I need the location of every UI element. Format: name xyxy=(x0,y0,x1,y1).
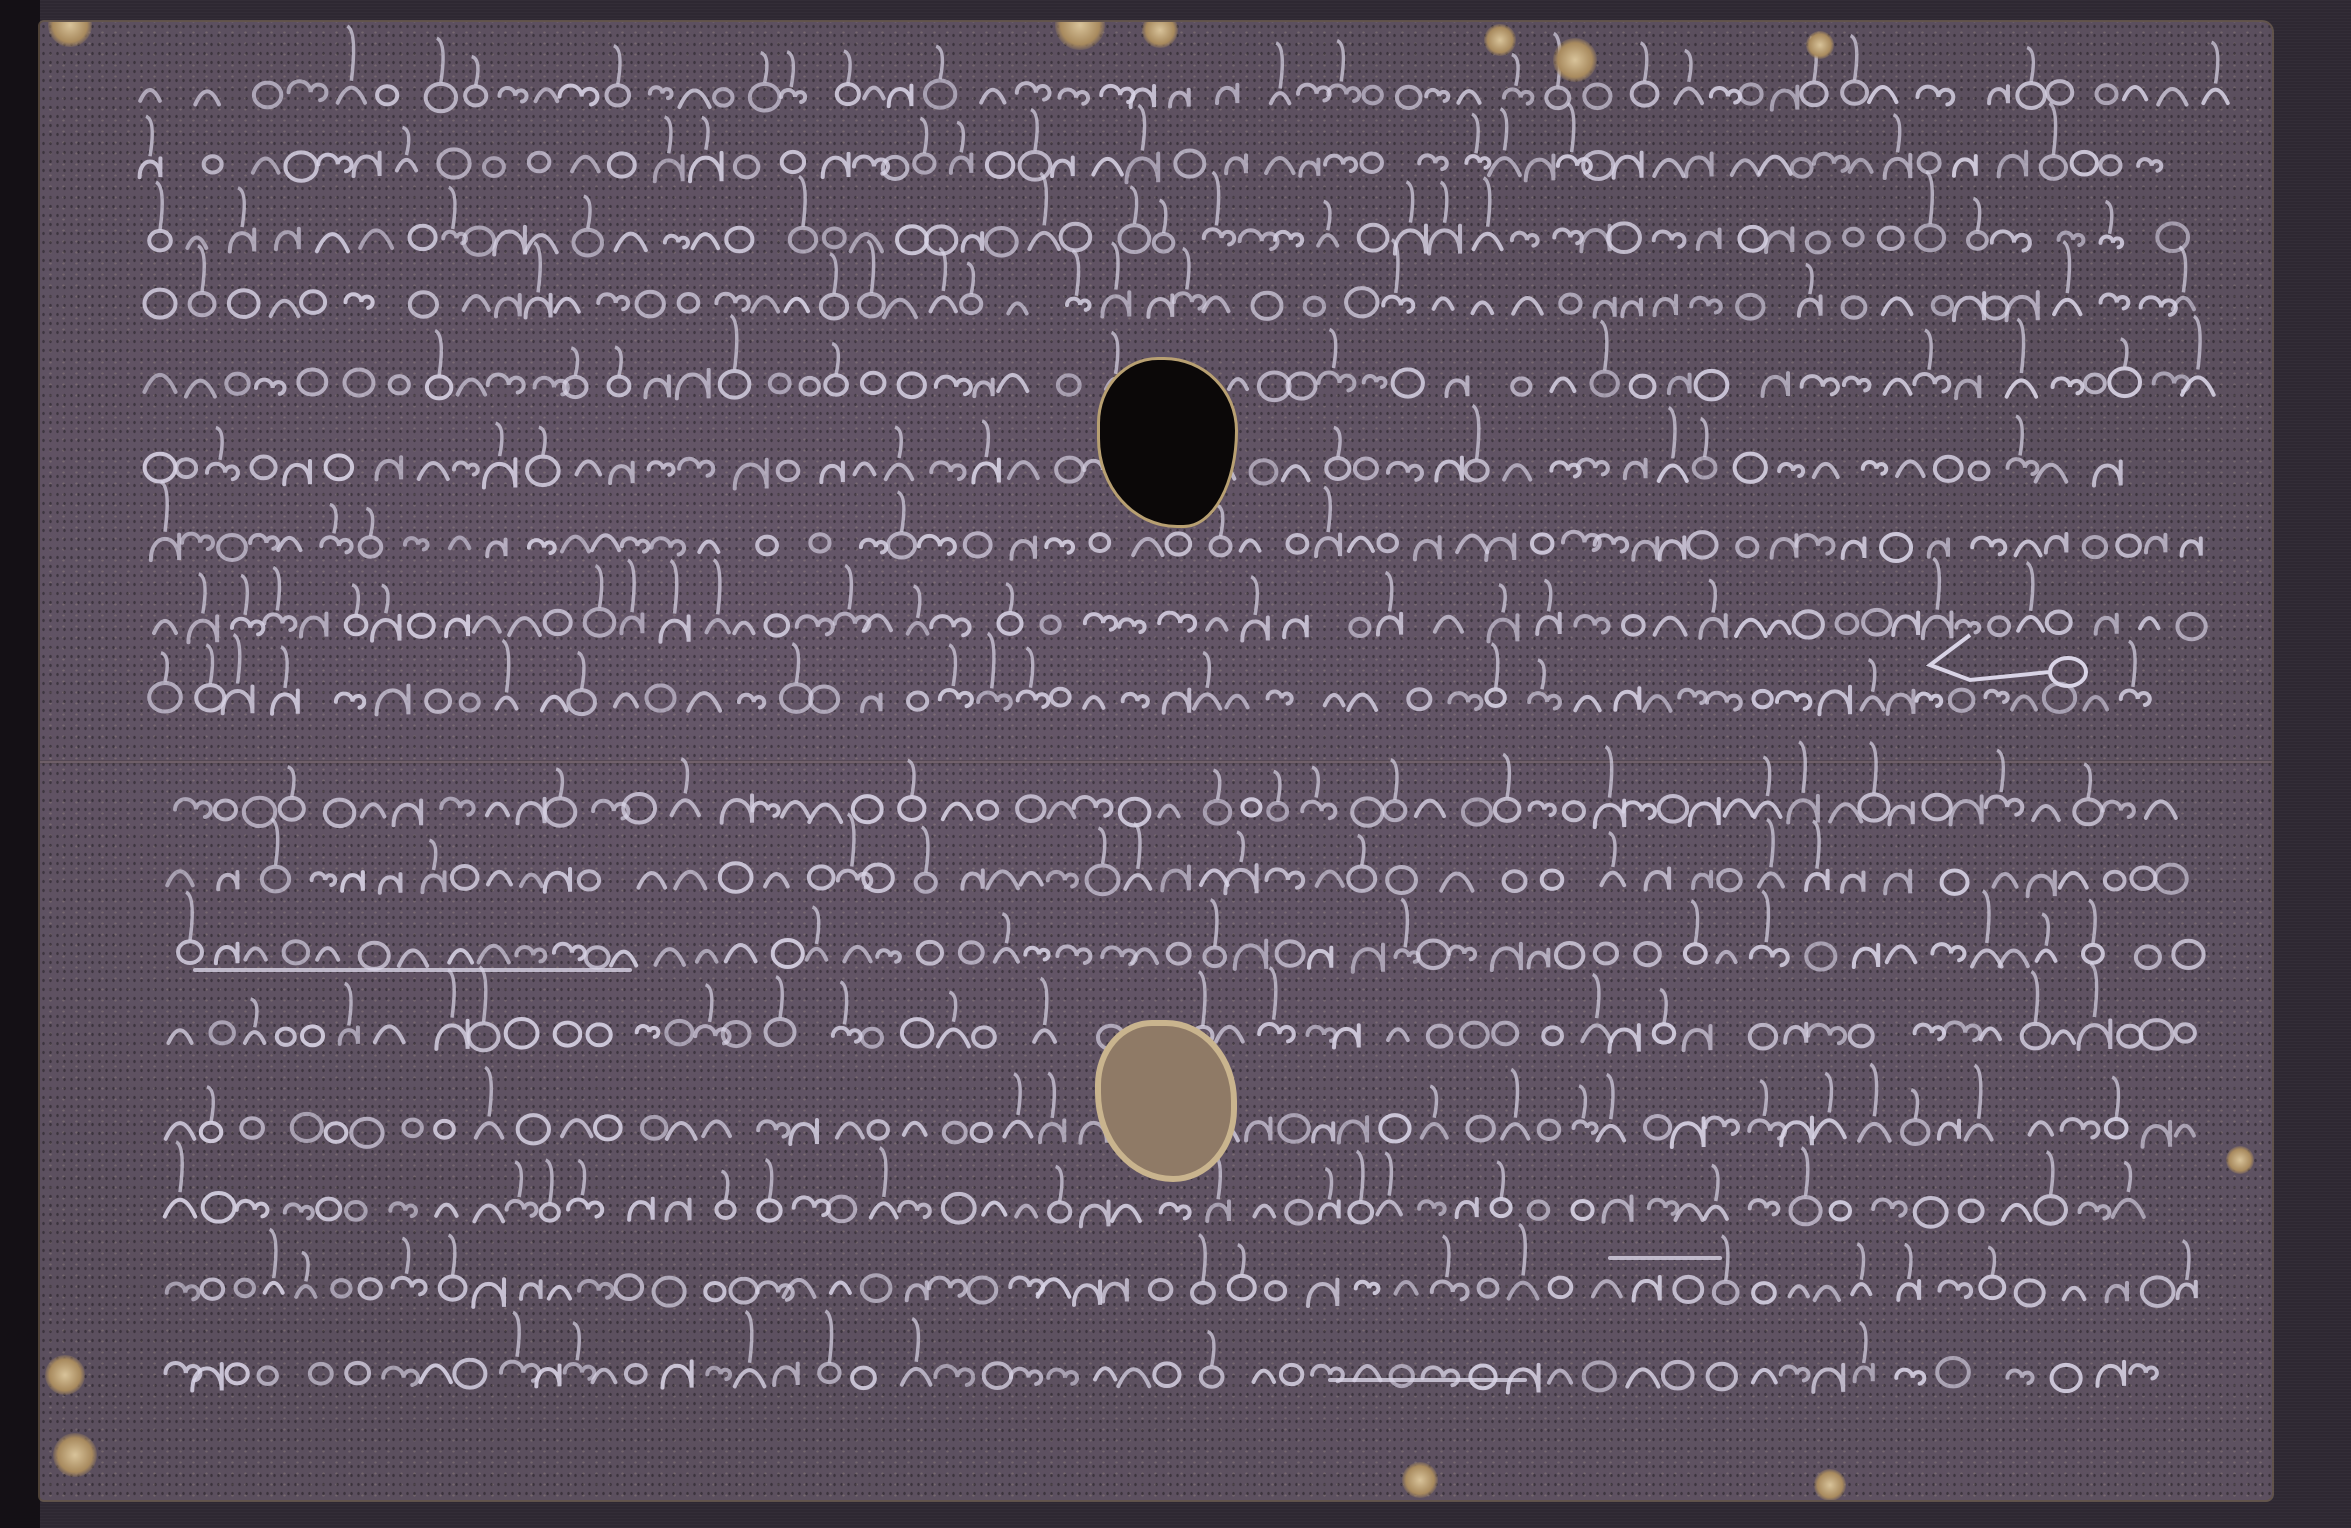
script-glyph xyxy=(1441,873,1472,890)
script-glyph xyxy=(496,295,520,316)
script-glyph xyxy=(1842,872,1863,891)
script-glyph xyxy=(1694,458,1716,478)
script-glyph xyxy=(666,1200,689,1221)
script-glyph xyxy=(1112,1206,1140,1221)
script-glyph xyxy=(450,537,470,548)
script-glyph xyxy=(555,299,579,312)
script-glyph xyxy=(338,88,365,103)
script-ascender xyxy=(1870,743,1876,793)
script-ascender xyxy=(1933,559,1939,610)
script-glyph xyxy=(1693,872,1711,888)
script-ascender xyxy=(1685,51,1691,82)
script-glyph xyxy=(2136,946,2160,968)
script-glyph xyxy=(218,872,237,889)
script-glyph xyxy=(987,871,1018,888)
script-glyph xyxy=(679,459,713,476)
script-glyph xyxy=(2146,801,2176,818)
script-glyph xyxy=(1512,378,1530,394)
script-ascender xyxy=(161,653,167,682)
script-glyph xyxy=(877,950,900,961)
script-glyph xyxy=(1391,1366,1413,1386)
script-ascender xyxy=(1492,644,1498,689)
script-glyph xyxy=(823,154,849,177)
script-glyph xyxy=(2007,1370,2032,1383)
script-glyph xyxy=(800,378,818,395)
script-ascender xyxy=(1213,770,1219,799)
script-glyph xyxy=(2100,156,2120,174)
script-glyph xyxy=(542,697,567,711)
script-glyph xyxy=(585,609,615,636)
script-glyph xyxy=(201,1123,221,1141)
script-glyph xyxy=(972,1124,991,1141)
script-glyph xyxy=(1551,378,1574,391)
script-glyph xyxy=(610,463,633,483)
script-glyph xyxy=(1718,870,1741,890)
script-ascender xyxy=(914,586,920,618)
script-ascender xyxy=(1217,505,1223,536)
script-glyph xyxy=(1753,1370,1776,1383)
script-glyph xyxy=(317,948,338,960)
script-glyph xyxy=(884,300,916,318)
script-glyph xyxy=(1479,1280,1498,1297)
script-glyph xyxy=(1449,946,1475,959)
script-ascender xyxy=(2183,1241,2189,1280)
script-glyph xyxy=(1897,461,1924,476)
script-glyph xyxy=(1737,295,1763,319)
script-glyph xyxy=(1654,296,1676,315)
script-glyph xyxy=(2146,535,2165,552)
script-ascender xyxy=(1497,1162,1503,1198)
script-glyph xyxy=(317,234,348,251)
edge-stain xyxy=(45,1355,85,1395)
script-glyph xyxy=(1696,371,1728,400)
script-glyph xyxy=(1020,152,1051,180)
script-ascender xyxy=(746,1312,752,1363)
script-glyph xyxy=(1685,944,1706,963)
script-glyph xyxy=(1763,373,1788,396)
script-glyph xyxy=(1326,458,1349,479)
script-glyph xyxy=(705,1283,724,1300)
script-glyph xyxy=(1707,693,1741,710)
script-glyph xyxy=(1051,689,1070,706)
script-glyph xyxy=(2059,233,2084,245)
script-glyph xyxy=(2097,1362,2124,1386)
script-glyph xyxy=(1674,1277,1702,1302)
script-glyph xyxy=(824,229,845,248)
script-glyph xyxy=(1766,228,1792,252)
script-glyph xyxy=(2037,950,2056,960)
script-glyph xyxy=(2085,375,2105,393)
script-glyph xyxy=(1170,90,1189,107)
script-glyph xyxy=(376,457,401,479)
script-ascender xyxy=(1893,115,1899,153)
script-glyph xyxy=(1388,463,1422,480)
script-ascender xyxy=(1274,771,1280,801)
script-ascender xyxy=(496,423,502,456)
script-glyph xyxy=(2053,378,2083,393)
script-ascender xyxy=(2194,316,2200,369)
script-glyph xyxy=(1319,373,1355,391)
script-glyph xyxy=(1740,84,1761,103)
script-glyph xyxy=(1210,537,1230,555)
script-glyph xyxy=(1529,950,1549,968)
script-glyph xyxy=(2084,697,2107,709)
script-glyph xyxy=(1749,1120,1785,1138)
script-glyph xyxy=(1790,1286,1808,1296)
script-glyph xyxy=(1271,93,1289,103)
script-glyph xyxy=(301,614,326,637)
script-glyph xyxy=(276,229,299,250)
script-glyph xyxy=(831,1282,850,1292)
script-glyph xyxy=(935,1366,973,1385)
script-glyph xyxy=(1550,1278,1572,1297)
script-glyph xyxy=(660,616,688,641)
script-glyph xyxy=(753,803,779,816)
script-glyph xyxy=(227,1364,248,1383)
script-glyph xyxy=(1966,1125,1992,1139)
script-glyph xyxy=(1542,870,1562,888)
script-ascender xyxy=(573,1323,579,1361)
script-glyph xyxy=(167,871,192,885)
script-ascender xyxy=(1722,1236,1728,1281)
script-glyph xyxy=(1989,86,2008,103)
script-glyph xyxy=(790,1120,817,1144)
script-glyph xyxy=(1985,691,2007,702)
script-ascender xyxy=(2042,914,2048,946)
script-glyph xyxy=(464,296,489,310)
script-glyph xyxy=(1473,302,1493,313)
script-ascender xyxy=(1357,1151,1363,1201)
script-glyph xyxy=(1529,802,1554,815)
script-glyph xyxy=(372,616,399,641)
script-ascender xyxy=(302,1252,308,1281)
script-ascender xyxy=(1358,836,1364,866)
script-glyph xyxy=(1416,801,1444,816)
script-glyph xyxy=(2124,87,2146,99)
script-glyph xyxy=(1843,538,1865,558)
script-glyph xyxy=(1919,153,1940,172)
script-glyph xyxy=(2131,868,2155,890)
script-glyph xyxy=(1207,1201,1229,1221)
script-glyph xyxy=(405,538,428,549)
script-glyph xyxy=(2107,1283,2127,1301)
script-ascender xyxy=(1048,1073,1054,1118)
script-glyph xyxy=(778,462,799,481)
script-glyph xyxy=(1120,799,1150,826)
script-glyph xyxy=(1863,610,1890,635)
script-glyph xyxy=(1581,226,1609,251)
script-glyph xyxy=(1419,1201,1445,1214)
script-glyph xyxy=(1632,82,1658,105)
script-ascender xyxy=(347,26,353,81)
script-glyph xyxy=(1378,535,1396,552)
script-glyph xyxy=(1085,614,1116,630)
script-glyph xyxy=(529,153,550,172)
script-glyph xyxy=(1229,1276,1255,1299)
script-glyph xyxy=(692,234,718,248)
script-glyph xyxy=(1790,1197,1820,1224)
script-glyph xyxy=(1960,1200,1983,1221)
script-glyph xyxy=(960,942,983,963)
script-ascender xyxy=(2212,42,2218,83)
script-ascender xyxy=(1112,243,1118,290)
script-glyph xyxy=(2097,85,2117,103)
script-glyph xyxy=(1609,1025,1638,1051)
script-ascender xyxy=(1002,914,1008,943)
script-glyph xyxy=(440,1276,466,1299)
script-glyph xyxy=(562,1120,591,1136)
script-glyph xyxy=(809,804,841,822)
script-glyph xyxy=(1902,1120,1928,1144)
script-glyph xyxy=(1917,87,1953,105)
script-glyph xyxy=(1162,866,1189,890)
script-ascender xyxy=(1237,832,1243,862)
script-glyph xyxy=(765,615,788,635)
script-ascender xyxy=(270,1229,276,1278)
script-glyph xyxy=(1201,870,1228,885)
script-glyph xyxy=(1387,867,1416,893)
script-glyph xyxy=(765,874,788,886)
script-glyph xyxy=(2142,1277,2174,1306)
script-ascender xyxy=(1762,891,1768,942)
script-glyph xyxy=(773,940,803,967)
script-glyph xyxy=(1277,941,1304,965)
script-ascender xyxy=(681,759,687,794)
script-glyph xyxy=(592,535,619,550)
script-ascender xyxy=(534,243,540,293)
script-glyph xyxy=(1432,1282,1468,1300)
script-glyph xyxy=(1631,376,1655,397)
script-glyph xyxy=(302,1026,323,1045)
script-glyph xyxy=(1229,379,1247,389)
script-glyph xyxy=(383,1368,418,1385)
script-ascender xyxy=(1767,820,1773,868)
script-glyph xyxy=(1168,944,1190,964)
script-glyph xyxy=(637,292,664,317)
script-glyph xyxy=(637,1026,659,1037)
script-ascender xyxy=(1312,767,1318,797)
script-glyph xyxy=(1591,372,1617,396)
script-glyph xyxy=(962,870,982,888)
script-glyph xyxy=(2155,865,2186,893)
script-ascender xyxy=(146,116,152,156)
script-glyph xyxy=(853,796,882,822)
script-glyph xyxy=(277,1029,295,1045)
script-glyph xyxy=(987,153,1013,177)
script-glyph xyxy=(1466,156,1489,168)
script-glyph xyxy=(1999,152,2026,177)
script-glyph xyxy=(758,1121,788,1136)
script-glyph xyxy=(1923,795,1950,820)
script-glyph xyxy=(797,616,833,634)
script-ascender xyxy=(241,575,247,614)
script-glyph xyxy=(1759,873,1783,886)
script-ascender xyxy=(2124,1162,2130,1192)
script-glyph xyxy=(1644,696,1670,711)
script-glyph xyxy=(833,1028,861,1042)
script-glyph xyxy=(907,1282,927,1300)
script-glyph xyxy=(2141,1020,2173,1049)
script-ascender xyxy=(671,561,677,614)
script-ascender xyxy=(844,51,850,83)
script-ascender xyxy=(1014,1074,1020,1115)
script-glyph xyxy=(2016,542,2041,556)
script-glyph xyxy=(1298,85,1330,101)
script-glyph xyxy=(931,616,969,635)
script-ascender xyxy=(595,566,601,608)
script-glyph xyxy=(2140,618,2158,628)
script-glyph xyxy=(1388,1029,1408,1040)
script-glyph xyxy=(1753,1283,1775,1302)
script-glyph xyxy=(864,88,884,99)
script-glyph xyxy=(1725,800,1753,815)
script-ascender xyxy=(161,482,167,532)
script-glyph xyxy=(1504,871,1526,891)
script-glyph xyxy=(1881,534,1911,561)
script-glyph xyxy=(790,228,816,252)
script-glyph xyxy=(770,374,790,392)
script-glyph xyxy=(1251,460,1277,483)
script-glyph xyxy=(1560,294,1580,312)
script-glyph xyxy=(265,1283,283,1293)
script-glyph xyxy=(1885,155,1911,178)
script-glyph xyxy=(545,611,571,634)
script-ascender xyxy=(908,760,914,796)
script-glyph xyxy=(2047,611,2071,633)
script-glyph xyxy=(410,292,437,316)
script-glyph xyxy=(2064,1288,2085,1299)
script-glyph xyxy=(245,1032,264,1043)
script-glyph xyxy=(750,84,780,111)
script-glyph xyxy=(452,866,478,889)
script-glyph xyxy=(1929,539,1948,556)
script-glyph xyxy=(1383,297,1413,312)
script-glyph xyxy=(182,534,213,549)
script-glyph xyxy=(1735,454,1766,482)
script-ascender xyxy=(1006,584,1012,612)
script-ascender xyxy=(1973,199,1979,231)
script-glyph xyxy=(1259,372,1290,400)
script-glyph xyxy=(908,623,928,634)
script-glyph xyxy=(1167,533,1191,554)
script-ascender xyxy=(1870,1064,1876,1116)
script-ascender xyxy=(1270,968,1276,1020)
script-glyph xyxy=(541,1204,559,1220)
script-glyph xyxy=(1679,690,1705,703)
script-glyph xyxy=(998,375,1027,391)
script-glyph xyxy=(810,687,838,712)
script-glyph xyxy=(1201,1367,1223,1387)
script-glyph xyxy=(1614,153,1642,178)
script-glyph xyxy=(1814,464,1838,477)
script-glyph xyxy=(1578,459,1608,474)
script-glyph xyxy=(2054,300,2080,315)
script-glyph xyxy=(1788,796,1818,823)
script-glyph xyxy=(726,228,752,252)
script-glyph xyxy=(487,804,508,816)
script-glyph xyxy=(690,153,722,181)
script-glyph xyxy=(1573,1201,1593,1219)
script-glyph xyxy=(897,226,927,253)
script-glyph xyxy=(545,869,570,892)
script-glyph xyxy=(1950,690,1974,711)
script-glyph xyxy=(1194,694,1220,708)
script-ascender xyxy=(2047,1152,2053,1195)
script-glyph xyxy=(2000,951,2028,967)
script-ascender xyxy=(787,52,793,87)
script-glyph xyxy=(1885,380,1911,394)
script-glyph xyxy=(1284,617,1307,637)
script-glyph xyxy=(318,155,351,172)
script-glyph xyxy=(2176,1024,2195,1041)
script-glyph xyxy=(1806,871,1827,890)
script-glyph xyxy=(1655,618,1686,635)
script-glyph xyxy=(1465,461,1487,481)
script-glyph xyxy=(1939,1121,1959,1139)
script-ascender xyxy=(731,316,737,370)
script-ascender xyxy=(1130,187,1136,224)
script-glyph xyxy=(259,1367,277,1384)
script-glyph xyxy=(1980,1277,2004,1299)
script-glyph xyxy=(1356,1282,1379,1293)
script-glyph xyxy=(1355,459,1377,479)
script-glyph xyxy=(1844,378,1870,391)
script-glyph xyxy=(230,230,254,252)
script-glyph xyxy=(1676,1205,1703,1220)
script-glyph xyxy=(1717,952,1736,962)
script-glyph xyxy=(1543,1027,1562,1044)
script-glyph xyxy=(1067,299,1090,310)
script-glyph xyxy=(526,295,551,318)
script-glyph xyxy=(1461,1023,1488,1047)
script-ascender xyxy=(1691,901,1697,943)
script-glyph xyxy=(595,1116,621,1139)
script-glyph xyxy=(1801,82,1826,105)
script-glyph xyxy=(573,230,602,256)
script-glyph xyxy=(1242,617,1268,640)
script-ascender xyxy=(1544,580,1550,611)
script-ascender xyxy=(1825,1073,1831,1112)
script-glyph xyxy=(2060,873,2087,888)
script-glyph xyxy=(1654,231,1685,246)
script-glyph xyxy=(1016,1206,1036,1217)
script-glyph xyxy=(188,616,217,642)
script-glyph xyxy=(1061,224,1091,251)
script-glyph xyxy=(2016,1280,2044,1305)
script-glyph xyxy=(1339,1117,1367,1142)
script-glyph xyxy=(1102,292,1129,316)
script-glyph xyxy=(1777,692,1810,709)
left-shadow-strip xyxy=(0,0,40,1528)
edge-stain xyxy=(1814,1469,1846,1500)
script-ascender xyxy=(949,992,955,1022)
script-glyph xyxy=(196,685,224,710)
script-glyph xyxy=(821,463,843,482)
script-glyph xyxy=(1254,1371,1274,1382)
script-glyph xyxy=(675,872,705,889)
script-glyph xyxy=(1852,1284,1870,1294)
script-glyph xyxy=(577,461,601,474)
script-glyph xyxy=(1148,295,1172,316)
script-glyph xyxy=(978,802,997,819)
script-ascender xyxy=(1851,36,1857,81)
script-glyph xyxy=(1512,233,1538,246)
edge-stain xyxy=(1553,38,1597,82)
script-glyph xyxy=(1916,225,1944,250)
script-glyph xyxy=(1956,377,1979,398)
script-glyph xyxy=(645,376,668,397)
script-glyph xyxy=(1754,803,1780,817)
